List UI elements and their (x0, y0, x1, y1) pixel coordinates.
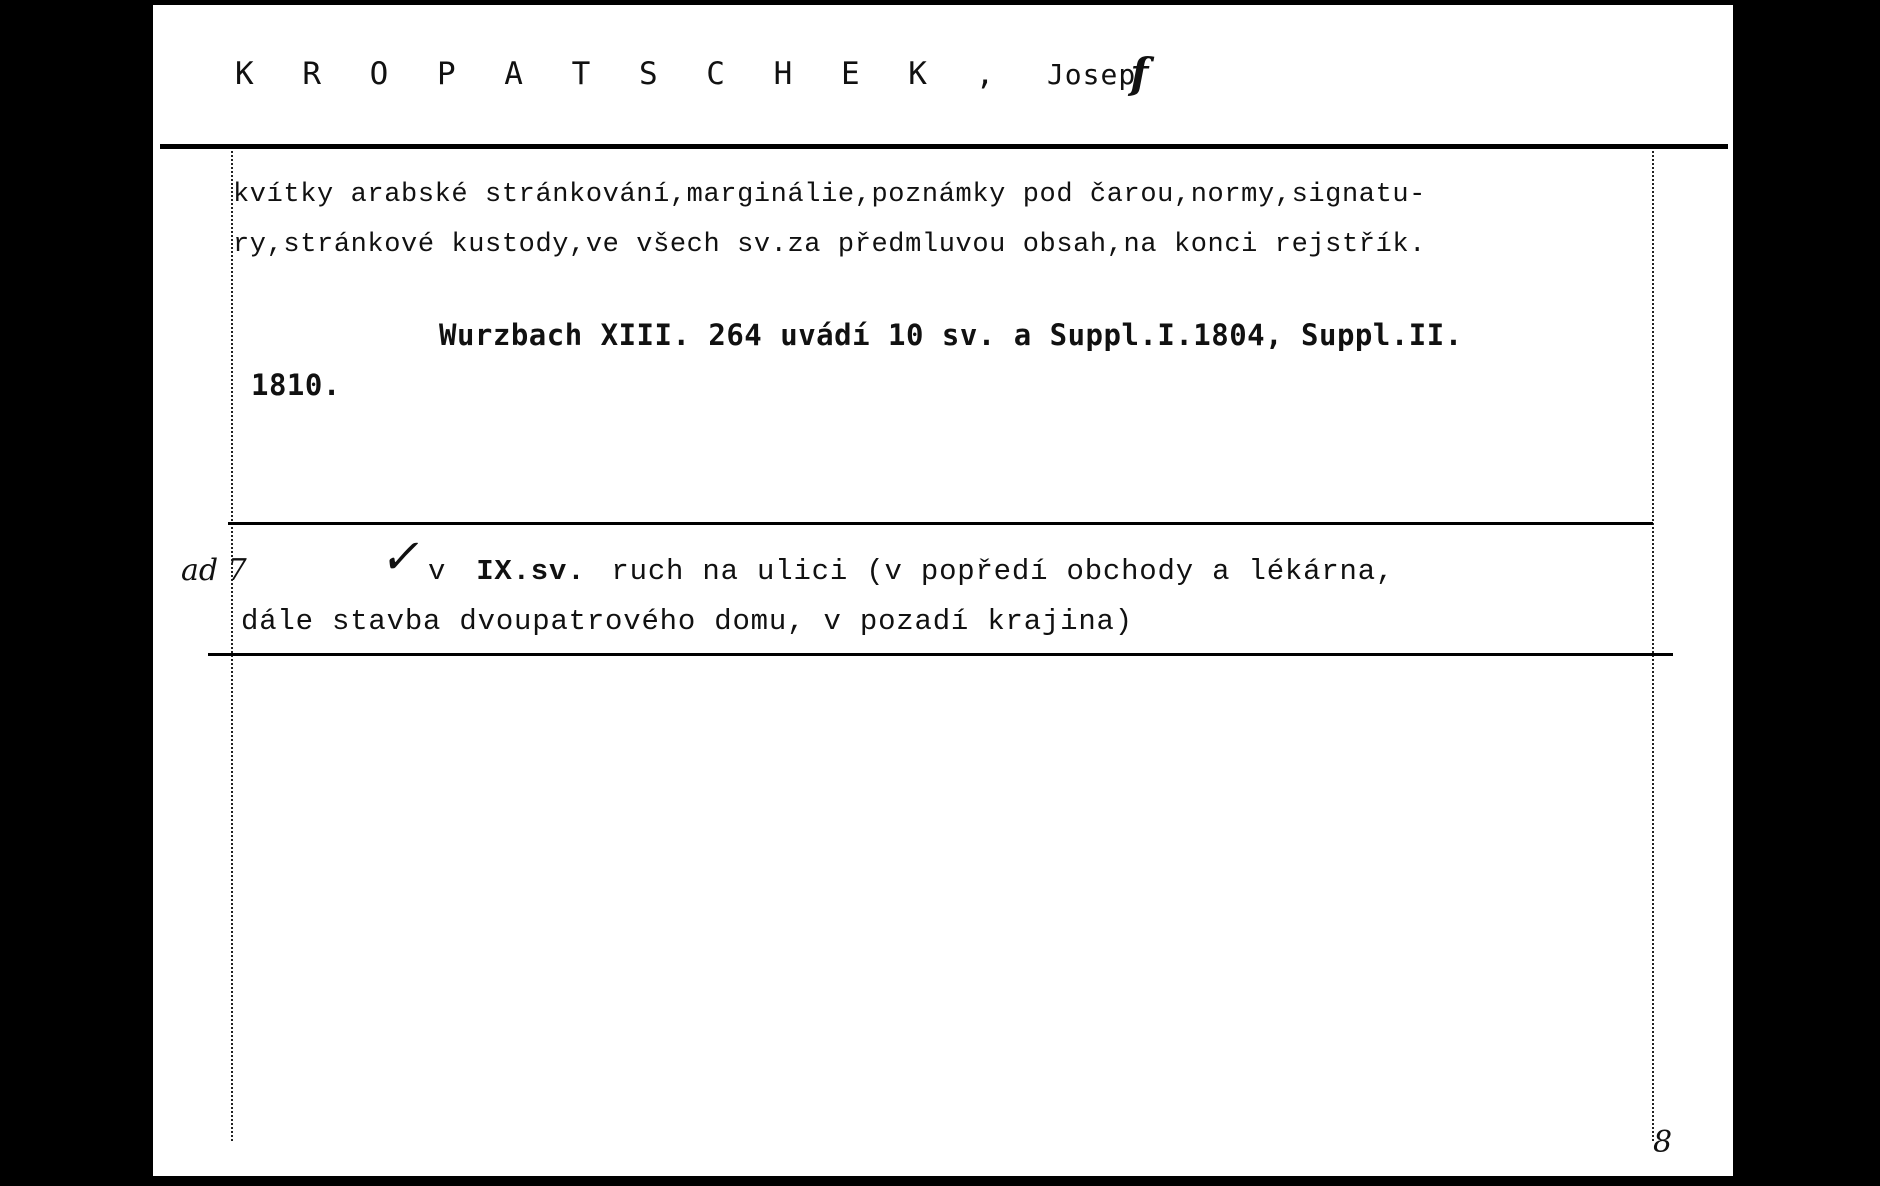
entry-prefix: v (428, 555, 446, 588)
handwritten-correction: f (1130, 49, 1148, 98)
reference-line-2: 1810. (251, 368, 341, 402)
heading-rule (160, 144, 1728, 149)
volume-label: IX.sv. (476, 555, 585, 588)
left-margin-line (231, 151, 233, 1141)
reference-line-1: Wurzbach XIII. 264 uvádí 10 sv. a Suppl.… (439, 318, 1463, 352)
check-mark-icon: ✓ (377, 529, 429, 585)
entry-bottom-rule (208, 653, 1673, 656)
entry-line-1: vIX.sv.ruch na ulici (v popředí obchody … (428, 555, 1394, 588)
entry-top-rule (228, 522, 1653, 525)
card-heading: K R O P A T S C H E K , Josepf (235, 45, 1148, 94)
entry-line-2: dále stavba dvoupatrového domu, v pozadí… (241, 605, 1133, 638)
right-margin-line (1652, 151, 1654, 1141)
given-name: Josep (1047, 58, 1136, 91)
entry-text-1: ruch na ulici (v popředí obchody a lékár… (611, 555, 1394, 588)
page-number: 8 (1653, 1125, 1672, 1160)
surname: K R O P A T S C H E K , (235, 56, 1009, 92)
description-line-2: ry,stránkové kustody,ve všech sv.za před… (233, 230, 1426, 260)
handwritten-ad-reference: ad 7 (181, 553, 247, 588)
description-line-1: kvítky arabské stránkování,marginálie,po… (233, 180, 1426, 210)
catalog-card: K R O P A T S C H E K , Josepf kvítky ar… (153, 5, 1733, 1176)
